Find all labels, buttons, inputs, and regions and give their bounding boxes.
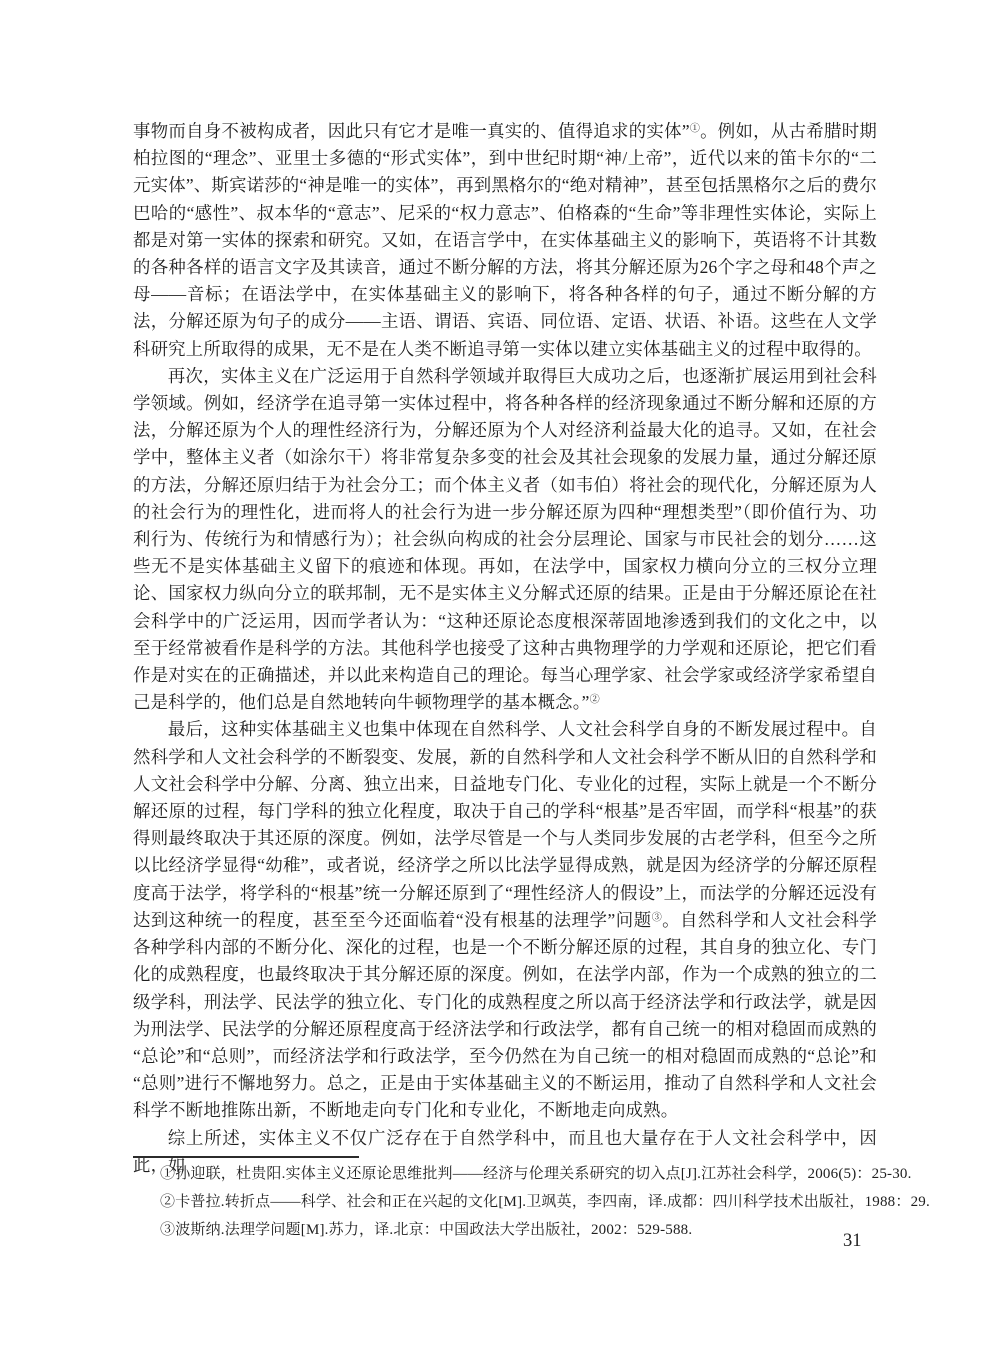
footnotes-section: ①孙迎联，杜贵阳.实体主义还原论思维批判——经济与伦理关系研究的切入点[J].江… bbox=[133, 1160, 877, 1244]
paragraph-2: 再次，实体主义在广泛运用于自然科学领域并取得巨大成功之后，也逐渐扩展运用到社会科… bbox=[133, 363, 877, 717]
footnote-2: ②卡普拉.转折点——科学、社会和正在兴起的文化[M].卫飒英，李四南，译.成都：… bbox=[133, 1188, 877, 1216]
footnote-1: ①孙迎联，杜贵阳.实体主义还原论思维批判——经济与伦理关系研究的切入点[J].江… bbox=[133, 1160, 877, 1188]
article-body: 事物而自身不被构成者，因此只有它才是唯一真实的、值得追求的实体”①。例如，从古希… bbox=[133, 118, 877, 1179]
paragraph-3: 最后，这种实体基础主义也集中体现在自然科学、人文社会科学自身的不断发展过程中。自… bbox=[133, 716, 877, 1124]
document-page: 事物而自身不被构成者，因此只有它才是唯一真实的、值得追求的实体”①。例如，从古希… bbox=[0, 0, 1000, 1347]
paragraph-1-continuation: 事物而自身不被构成者，因此只有它才是唯一真实的、值得追求的实体”①。例如，从古希… bbox=[133, 118, 877, 363]
footnote-separator bbox=[133, 1156, 359, 1158]
page-number: 31 bbox=[843, 1229, 862, 1253]
footnote-3: ③波斯纳.法理学问题[M].苏力，译.北京：中国政法大学出版社，2002：529… bbox=[133, 1216, 877, 1244]
